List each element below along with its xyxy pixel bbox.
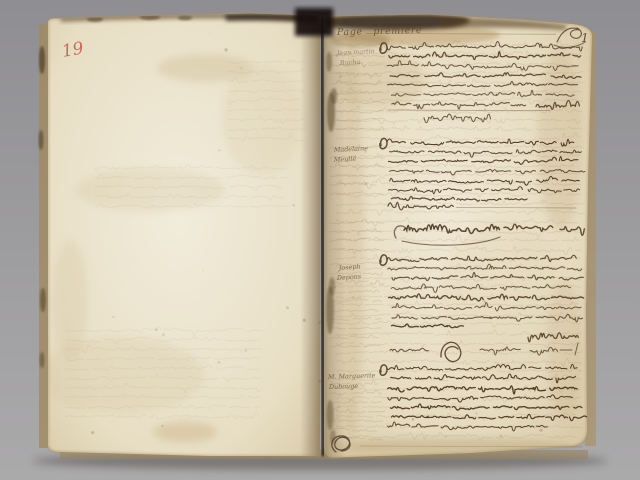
foxing-speck	[484, 108, 486, 110]
foxing-speck	[475, 412, 478, 415]
margin-note-entry1-line2: Rucha	[339, 58, 361, 67]
foxing-speck	[318, 321, 321, 324]
foxing-speck	[359, 183, 360, 184]
foxing-speck	[381, 156, 382, 157]
book-photo: 19 Page premiere 1 Jean martin Rucha Mad…	[0, 0, 640, 480]
foxing-speck	[459, 405, 460, 406]
gutter-shadow-right	[325, 17, 345, 458]
binding-top-dark	[295, 8, 333, 36]
manuscript-scan: 19 Page premiere 1 Jean martin Rucha Mad…	[0, 0, 640, 480]
foxing-speck	[178, 272, 179, 273]
left-folio-number: 19	[60, 38, 85, 61]
foxing-speck	[483, 300, 485, 302]
margin-note-entry4-line1: M. Marguerite	[327, 371, 376, 381]
foxing-speck	[567, 312, 568, 313]
foxing-speck	[446, 341, 447, 342]
foxing-speck	[399, 316, 401, 318]
foxing-speck	[303, 319, 306, 322]
foxing-speck	[161, 425, 163, 427]
foxing-speck	[364, 182, 367, 185]
edge-blotch	[40, 288, 46, 312]
foxing-speck	[339, 75, 342, 78]
foxing-speck	[398, 259, 401, 262]
edge-blotch	[40, 352, 45, 368]
foxing-speck	[540, 429, 543, 432]
edge-blotch	[39, 46, 45, 74]
foxing-speck	[225, 48, 228, 51]
edge-blotch	[39, 130, 44, 150]
foxing-speck	[218, 150, 220, 152]
margin-note-entry3-line1: Joseph	[337, 263, 361, 273]
foxing-speck	[445, 435, 447, 437]
foxing-speck	[516, 383, 518, 385]
foxing-speck	[240, 67, 242, 69]
foxing-speck	[155, 328, 158, 331]
foxing-speck	[334, 287, 336, 289]
foxing-speck	[293, 204, 295, 206]
foxing-speck	[532, 146, 534, 148]
foxing-speck	[510, 276, 512, 278]
foxing-speck	[455, 387, 456, 388]
margin-note-entry2-line2: Meullé	[333, 155, 357, 164]
foxing-speck	[112, 316, 115, 319]
right-folio-number: 1	[581, 31, 589, 45]
foxing-speck	[434, 295, 435, 296]
foxing-speck	[202, 270, 203, 271]
gutter-shadow-left	[300, 16, 322, 457]
foxing-speck	[540, 274, 541, 275]
foxing-speck	[426, 189, 428, 191]
foxing-speck	[218, 361, 220, 363]
foxing-speck	[162, 333, 165, 336]
foxing-speck	[338, 406, 340, 408]
binding-gutter-crease	[322, 18, 324, 456]
foxing-speck	[437, 148, 439, 150]
foxing-speck	[91, 431, 94, 434]
foxing-speck	[412, 418, 415, 421]
foxing-speck	[460, 340, 461, 341]
page-heading: Page premiere	[336, 25, 422, 38]
foxing-speck	[209, 33, 210, 34]
foxing-speck	[500, 434, 503, 437]
foxing-speck	[551, 295, 554, 298]
margin-note-entry4-line2: Dubouge	[328, 382, 359, 391]
foxing-speck	[286, 306, 289, 309]
foxing-speck	[245, 349, 247, 351]
foxing-speck	[318, 379, 321, 382]
